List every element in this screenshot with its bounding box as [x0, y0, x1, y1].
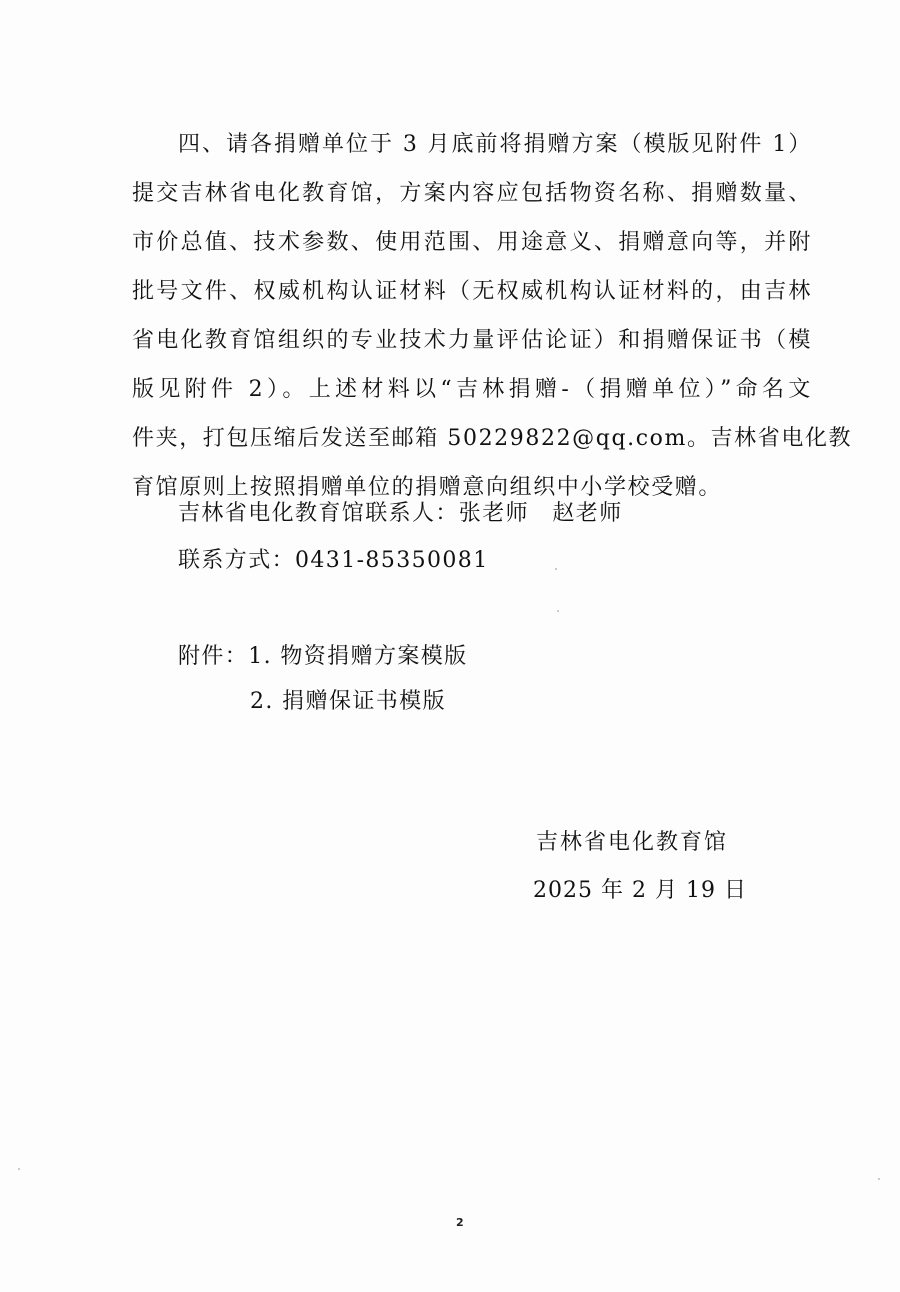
scan-speck — [18, 1168, 20, 1170]
paragraph-line: 育馆原则上按照捐赠单位的捐赠意向组织中小学校受赠。 — [132, 476, 812, 500]
scan-speck — [557, 610, 559, 612]
document-page: 四、请各捐赠单位于 3 月底前将捐赠方案（模版见附件 1） 提交吉林省电化教育馆… — [0, 0, 900, 1292]
attachment-item: 1. 物资捐赠方案模版 — [248, 644, 467, 669]
paragraph-line: 批号文件、权威机构认证材料（无权威机构认证材料的，由吉林 — [132, 280, 812, 304]
page-number: 2 — [456, 1216, 464, 1229]
scan-speck — [495, 503, 497, 505]
signature-organization: 吉林省电化教育馆 — [536, 831, 900, 855]
contact-phone: 联系方式：0431-85350081 — [178, 549, 858, 573]
scan-speck — [878, 1178, 880, 1180]
paragraph-line: 省电化教育馆组织的专业技术力量评估论证）和捐赠保证书（模 — [132, 329, 812, 353]
paragraph-line: 版见附件 2）。上述材料以“吉林捐赠-（捐赠单位）”命名文 — [132, 378, 812, 402]
scan-speck — [555, 568, 557, 570]
signature-date: 2025 年 2 月 19 日 — [533, 879, 900, 903]
paragraph-line-email: 件夹，打包压缩后发送至邮箱 50229822@qq.com。吉林省电化教 — [132, 427, 812, 451]
attachment-item: 2. 捐赠保证书模版 — [250, 690, 900, 714]
paragraph-line: 四、请各捐赠单位于 3 月底前将捐赠方案（模版见附件 1） — [178, 133, 812, 157]
paragraph-line: 提交吉林省电化教育馆，方案内容应包括物资名称、捐赠数量、 — [132, 182, 812, 206]
attachments-list: 附件：1. 物资捐赠方案模版 — [178, 645, 858, 669]
contact-persons: 吉林省电化教育馆联系人：张老师 赵老师 — [178, 502, 858, 526]
attachments-label: 附件： — [178, 644, 248, 669]
paragraph-line: 市价总值、技术参数、使用范围、用途意义、捐赠意向等，并附 — [132, 231, 812, 255]
